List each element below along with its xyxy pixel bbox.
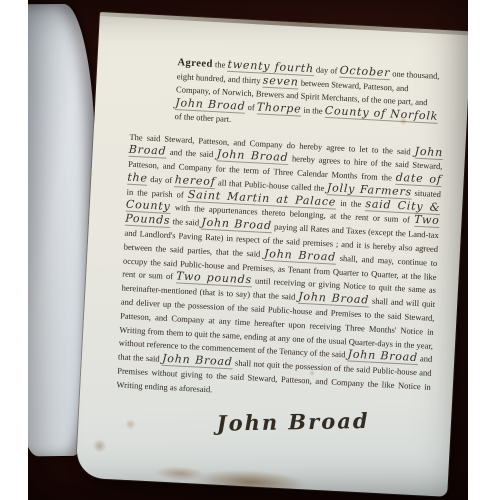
printed-text: Agreed — [177, 57, 213, 70]
handwritten-fill-in: hereof — [174, 173, 216, 189]
printed-text: and the said — [166, 147, 217, 160]
document-text: Agreed the twenty fourth day of October … — [76, 12, 468, 497]
agreement-opening-paragraph: Agreed the twenty fourth day of October … — [174, 56, 445, 137]
handwritten-fill-in: October — [339, 64, 390, 81]
handwritten-fill-in: John Broad — [175, 96, 246, 114]
handwritten-fill-in: Thorpe — [256, 100, 301, 116]
printed-text: in the — [336, 197, 366, 209]
printed-text: of — [245, 101, 257, 112]
handwritten-fill-in: John Broad — [347, 348, 418, 366]
handwritten-fill-in: John Broad — [162, 352, 233, 370]
printed-text: day of — [314, 64, 340, 75]
agreement-body-paragraph: The said Steward, Patteson, and Company … — [116, 130, 443, 408]
printed-text: of the other part. — [174, 111, 231, 124]
handwritten-fill-in: John Broad — [216, 148, 288, 166]
document-page: Agreed the twenty fourth day of October … — [76, 12, 468, 497]
printed-text: the — [213, 59, 228, 70]
signature-john-broad: John Broad — [216, 407, 396, 435]
handwritten-fill-in: John Broad — [298, 290, 370, 308]
photo-backdrop: Agreed the twenty fourth day of October … — [28, 0, 468, 500]
handwritten-fill-in: John Broad — [201, 216, 272, 234]
printed-text: in the — [301, 104, 325, 115]
printed-text: day of — [148, 174, 175, 185]
printed-text: the said — [170, 216, 202, 228]
handwritten-fill-in: seven — [262, 73, 299, 89]
handwritten-fill-in: John Broad — [264, 247, 337, 265]
